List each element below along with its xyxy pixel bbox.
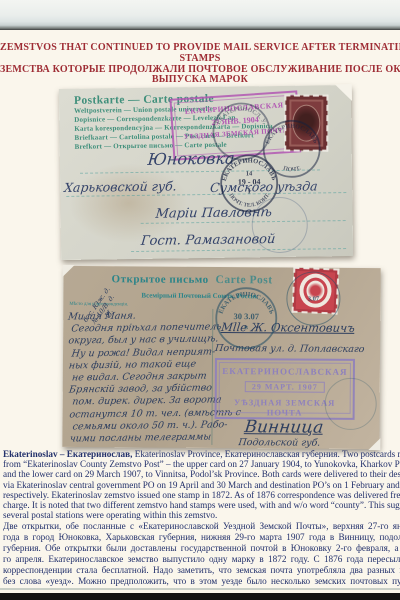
postmark-date: 3.07	[308, 295, 319, 302]
caption-line-ru: Две открытки, обе посланные с «Екатерино…	[3, 521, 400, 532]
caption-line-en: respectively. Ekaterinoslav zemstvo issu…	[3, 490, 400, 500]
caption-lead-rest: Ekaterinoslav Province, Екатеринославска…	[132, 449, 400, 459]
caption-line-en: charge. It is noted that two different z…	[3, 500, 400, 510]
caption-lead-line: Ekaterinoslav – Екатеринослав, Ekaterino…	[3, 449, 400, 459]
svg-text:в: в	[244, 323, 248, 331]
message-line: чими посланы телеграммы	[69, 431, 219, 445]
caption-lead-bold: Ekaterinoslav – Екатеринослав,	[3, 449, 132, 459]
postmark-faint	[251, 197, 308, 254]
exhibit-title: ZEMSTVOS THAT CONTINUED TO PROVIDE MAIL …	[0, 43, 400, 86]
svg-text:I: I	[248, 187, 251, 195]
caption-line-ru: корреспонденции стала бесплатной. Надо з…	[3, 565, 400, 576]
svg-text:30 3.07: 30 3.07	[234, 311, 260, 321]
caption-line-en: and the lower card on 29 March 1907, to …	[3, 469, 400, 479]
postcard-lower: Открытое письмо Carte Post Всемірный Поч…	[62, 266, 380, 449]
svg-text:19 - 04: 19 - 04	[238, 177, 261, 186]
exhibit-title-line: STAMPS	[0, 54, 400, 65]
caption-line-en: via Ekaterinoslav central government PO …	[3, 480, 400, 490]
handwritten-province: Харьковской губ.	[64, 178, 178, 195]
caption-line-en: from “Ekaterinoslav County Zemstvo Post”…	[3, 459, 400, 469]
scan-top-edge	[0, 0, 400, 30]
handwritten-province: Подольской губ.	[238, 437, 321, 449]
cachet-town: ЕКАТЕРИНОСЛАВСКАЯ	[220, 366, 350, 377]
scan-bottom-line	[0, 588, 400, 590]
address-rule	[131, 248, 346, 252]
postcard-upper: Postkarte — Carte postale Weltpostverein…	[59, 85, 353, 260]
svg-text:ПОЧТ.: ПОЧТ.	[282, 165, 302, 173]
scan-bottom-bar	[0, 593, 400, 600]
caption-line-ru: года в город Юноковка, Харьковская губер…	[3, 532, 400, 543]
postmark-on-stamp: 3.07	[286, 271, 340, 325]
caption-line-en: several postal stations were operating w…	[3, 510, 400, 520]
postmark-on-stamp: ЕКАТЕРИНОСЛАВЪ ПОЧТ.	[261, 118, 322, 179]
postcard2-title-fr: Carte Post	[215, 274, 272, 286]
postmark-faint	[324, 378, 376, 430]
caption-line-ru: губерния. Обе открытки были доставлены г…	[3, 543, 400, 554]
handwritten-destination: Винница	[243, 417, 324, 438]
exhibit-caption: Ekaterinoslav – Екатеринослав, Ekaterino…	[3, 449, 400, 587]
cachet-date: 29 МАРТ. 1907	[245, 381, 325, 393]
caption-line-ru: без слова «уезд». Можно предположить, чт…	[3, 576, 400, 587]
caption-line-ru: го апреля. Екатеринославское земство вып…	[3, 554, 400, 565]
postmark-ekaterinoslav-1907: ЕКАТЕРИНОСЛАВЪ 30 3.07 в	[214, 286, 278, 350]
handwritten-message: Милая Маня.Сегодня пріѣхал попечительокр…	[68, 309, 218, 445]
